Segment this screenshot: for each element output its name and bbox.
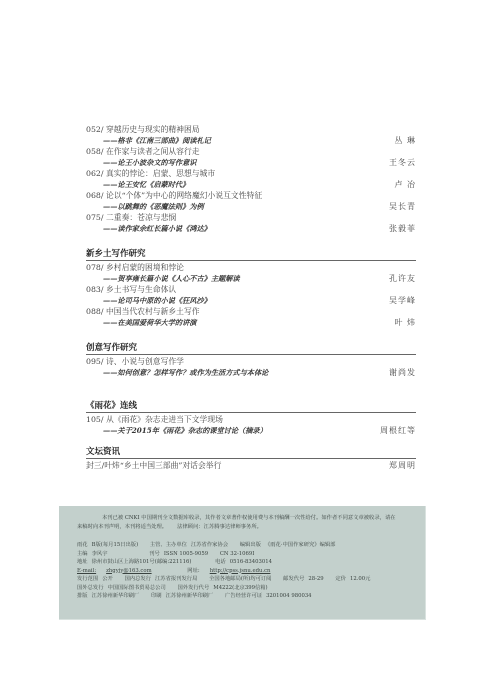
toc-entry[interactable]: 封三/叶炜“乡土中国三部曲”对话会举行 郑周明	[86, 460, 416, 471]
entry-author: 周根红等	[380, 425, 416, 436]
toc-entry[interactable]: 052/ 穿越历史与现实的精神困局 ——格非《江南三部曲》阅读札记 丛 琳	[86, 124, 416, 146]
entry-title: 在作家与读者之间从容行走	[106, 147, 200, 156]
info-value: http://cpss.jsnu.edu.cn	[210, 568, 271, 574]
spacer	[86, 328, 416, 342]
legal-label: 法律顾问：	[177, 524, 204, 530]
info-row: 雨花B版(每月15日出版) 主管、主办单位江苏省作家协会 编辑出版《雨花·中国作…	[77, 541, 415, 550]
entry-title: 诗、小说与创意写作学	[106, 357, 184, 366]
entry-subtitle: ——在美国爱荷华大学的讲演	[86, 317, 416, 328]
entry-author: 卢 冶	[394, 179, 416, 190]
page-number: 075/	[86, 213, 104, 222]
entry-author: 孔许友	[389, 273, 416, 284]
info-value: 江苏省报刊发行局	[155, 576, 197, 582]
info-value: 江苏徐州新华印刷厂	[166, 593, 214, 599]
info-label: 定价	[335, 576, 346, 582]
page-number: 058/	[86, 147, 104, 156]
info-label: 刊号	[149, 551, 160, 557]
info-value: 徐州市鼓山区上海路101号(邮编:221116)	[92, 559, 192, 565]
info-label: 国外发行代号	[177, 585, 209, 591]
info-value: B版(每月15日出版)	[92, 542, 139, 548]
info-value: zhgyjy@163.com	[106, 568, 152, 574]
entry-author: 吴学峰	[389, 295, 416, 306]
section-creative-writing: 创意写作研究 095/ 诗、小说与创意写作学 ——如何创意？怎样写作？或作为生活…	[86, 342, 416, 378]
toc-entry[interactable]: 075/ 二重奏：苍凉与悲悯 ——读作家余红长篇小说《鸿达》 张毅菲	[86, 212, 416, 234]
entry-subtitle: ——读作家余红长篇小说《鸿达》	[86, 223, 416, 234]
info-label: 发行范围	[77, 576, 98, 582]
email-link[interactable]: E-mail:zhgyjy@163.com	[77, 568, 162, 574]
info-value: 李风宇	[92, 551, 108, 557]
info-value: 江苏省作家协会	[191, 542, 228, 548]
entry-subtitle: ——以跳舞的《恶魔法则》为例	[86, 201, 416, 212]
info-row: 国外总发行中国国际图书贸易总公司 国外发行代号M4222(北京399信箱)	[77, 584, 415, 593]
spacer	[86, 378, 416, 400]
page-number: 083/	[86, 285, 104, 294]
info-label: 主管、主办单位	[150, 542, 187, 548]
info-value: 《雨花·中国作家研究》编辑部	[265, 542, 336, 548]
page-number: 078/	[86, 263, 104, 272]
info-value: 江苏徐州新华印刷厂	[92, 593, 140, 599]
entry-author: 张毅菲	[389, 223, 416, 234]
toc-entry[interactable]: 095/ 诗、小说与创意写作学 ——如何创意？怎样写作？或作为生活方式与本体论 …	[86, 356, 416, 378]
publication-info-box: 本刊已被 CNKI 中国期刊全文数据库收录，其作者文章著作权使用费与本刊稿酬一次…	[59, 506, 426, 620]
info-value: 28-29	[308, 576, 323, 582]
page-number: 052/	[86, 125, 104, 134]
info-value: 全国各地邮局(所)均可订阅	[209, 576, 271, 582]
entry-author: 谢尚发	[389, 367, 416, 378]
page-number: 095/	[86, 357, 104, 366]
entry-author: 丛 琳	[394, 135, 416, 146]
info-value: CN 32-1069I	[220, 551, 254, 557]
entry-title: 穿越历史与现实的精神困局	[106, 125, 200, 134]
section-heading: 文坛资讯	[86, 446, 416, 459]
toc-entry[interactable]: 058/ 在作家与读者之间从容行走 ——论王小波杂文的写作意识 王冬云	[86, 146, 416, 168]
entry-author: 王冬云	[389, 157, 416, 168]
website-link[interactable]: 网址:http://cpss.jsnu.edu.cn	[187, 568, 280, 574]
entry-title: 乡土书写与生命体认	[106, 285, 176, 294]
copyright-notice-cont: 来稿时向本刊声明，本刊将适当处理。 法律顾问：江苏腾事达律师事务所。	[77, 523, 415, 532]
info-value: M4222(北京399信箱)	[213, 585, 267, 591]
info-label: 雨花	[77, 542, 88, 548]
info-row: 地址徐州市鼓山区上海路101号(邮编:221116) 电话0516-834030…	[77, 558, 415, 567]
info-label: 国外总发行	[77, 585, 104, 591]
info-label: 排版	[77, 593, 88, 599]
entry-subtitle: ——如何创意？怎样写作？或作为生活方式与本体论	[86, 367, 416, 378]
entry-subtitle: ——关于2015年《雨花》杂志的课堂讨论（摘录）	[86, 425, 416, 436]
info-label: 网址:	[187, 568, 199, 574]
section-heading: 新乡土写作研究	[86, 248, 416, 261]
info-label: 邮发代号	[283, 576, 304, 582]
toc-entry[interactable]: 062/ 真实的悖论：启蒙、思想与城市 ——论王安忆《启蒙时代》 卢 冶	[86, 168, 416, 190]
toc-entry[interactable]: 105/ 从《雨花》杂志走进当下文学现场 ——关于2015年《雨花》杂志的课堂讨…	[86, 414, 416, 436]
info-row: 发行范围公开 国内总发行江苏省报刊发行局 全国各地邮局(所)均可订阅 邮发代号2…	[77, 575, 415, 584]
info-value: 3201004 980034	[266, 593, 312, 599]
section-yuhua-link: 《雨花》连线 105/ 从《雨花》杂志走进当下文学现场 ——关于2015年《雨花…	[86, 400, 416, 436]
page-number: 封三/	[86, 461, 104, 470]
info-label: 地址	[77, 559, 88, 565]
toc-entry[interactable]: 078/ 乡村启蒙的困境和悖论 ——贺享雍长篇小说《人心不古》主题解读 孔许友	[86, 262, 416, 284]
entry-title: 乡村启蒙的困境和悖论	[106, 263, 184, 272]
info-label: 国内总发行	[125, 576, 152, 582]
entry-author: 吴长青	[389, 201, 416, 212]
info-label: 电话	[215, 559, 226, 565]
notice-text: 来稿时向本刊声明，本刊将适当处理。	[77, 524, 167, 530]
entry-title: 从《雨花》杂志走进当下文学现场	[106, 415, 223, 424]
info-value: 12.00元	[350, 576, 370, 582]
toc-entry[interactable]: 068/ 论以“个体”为中心的网络魔幻小说互文性特征 ——以跳舞的《恶魔法则》为…	[86, 190, 416, 212]
entry-title: 中国当代农村与新乡土写作	[106, 307, 200, 316]
page-number: 088/	[86, 307, 104, 316]
entry-author: 叶 炜	[394, 317, 416, 328]
spacer	[86, 436, 416, 446]
section-heading: 创意写作研究	[86, 342, 416, 355]
entry-subtitle: ——贺享雍长篇小说《人心不古》主题解读	[86, 273, 416, 284]
toc-entry[interactable]: 083/ 乡土书写与生命体认 ——论司马中原的小说《狂风沙》 吴学峰	[86, 284, 416, 306]
page-number: 068/	[86, 191, 104, 200]
info-label: E-mail:	[77, 568, 96, 574]
entry-subtitle: ——论司马中原的小说《狂风沙》	[86, 295, 416, 306]
page-number: 105/	[86, 415, 104, 424]
info-label: 广告经营许可证	[225, 593, 262, 599]
spacer	[77, 532, 415, 541]
entry-subtitle: ——论王安忆《启蒙时代》	[86, 179, 416, 190]
info-row: E-mail:zhgyjy@163.com 网址:http://cpss.jsn…	[77, 567, 415, 576]
entry-subtitle: ——格非《江南三部曲》阅读札记	[86, 135, 416, 146]
entry-title: 真实的悖论：启蒙、思想与城市	[106, 169, 215, 178]
info-value: ISSN 1005-9059	[164, 551, 208, 557]
section-heading: 《雨花》连线	[86, 400, 416, 413]
info-value: 中国国际图书贸易总公司	[108, 585, 166, 591]
section-rural-writing: 新乡土写作研究 078/ 乡村启蒙的困境和悖论 ——贺享雍长篇小说《人心不古》主…	[86, 248, 416, 328]
entry-title: 叶炜“乡土中国三部曲”对话会举行	[104, 461, 221, 470]
entry-title: 论以“个体”为中心的网络魔幻小说互文性特征	[106, 191, 262, 200]
info-label: 主编	[77, 551, 88, 557]
toc-entry[interactable]: 088/ 中国当代农村与新乡土写作 ——在美国爱荷华大学的讲演 叶 炜	[86, 306, 416, 328]
table-of-contents: 052/ 穿越历史与现实的精神困局 ——格非《江南三部曲》阅读札记 丛 琳 05…	[86, 124, 416, 471]
info-label: 编辑出版	[240, 542, 261, 548]
entry-title: 二重奏：苍凉与悲悯	[106, 213, 176, 222]
info-row: 主编李风宇 刊号ISSN 1005-9059 CN 32-1069I	[77, 550, 415, 559]
info-value: 公开	[102, 576, 113, 582]
info-row: 排版江苏徐州新华印刷厂 印刷江苏徐州新华印刷厂 广告经营许可证3201004 9…	[77, 592, 415, 601]
entry-subtitle: ——论王小波杂文的写作意识	[86, 157, 416, 168]
info-value: 0516-83403014	[230, 559, 272, 565]
entry-author: 郑周明	[389, 460, 416, 471]
legal-value: 江苏腾事达律师事务所。	[204, 524, 262, 530]
page-number: 062/	[86, 169, 104, 178]
section-literary-news: 文坛资讯 封三/叶炜“乡土中国三部曲”对话会举行 郑周明	[86, 446, 416, 471]
copyright-notice: 本刊已被 CNKI 中国期刊全文数据库收录，其作者文章著作权使用费与本刊稿酬一次…	[77, 514, 415, 523]
spacer	[86, 234, 416, 248]
info-label: 印刷	[151, 593, 162, 599]
